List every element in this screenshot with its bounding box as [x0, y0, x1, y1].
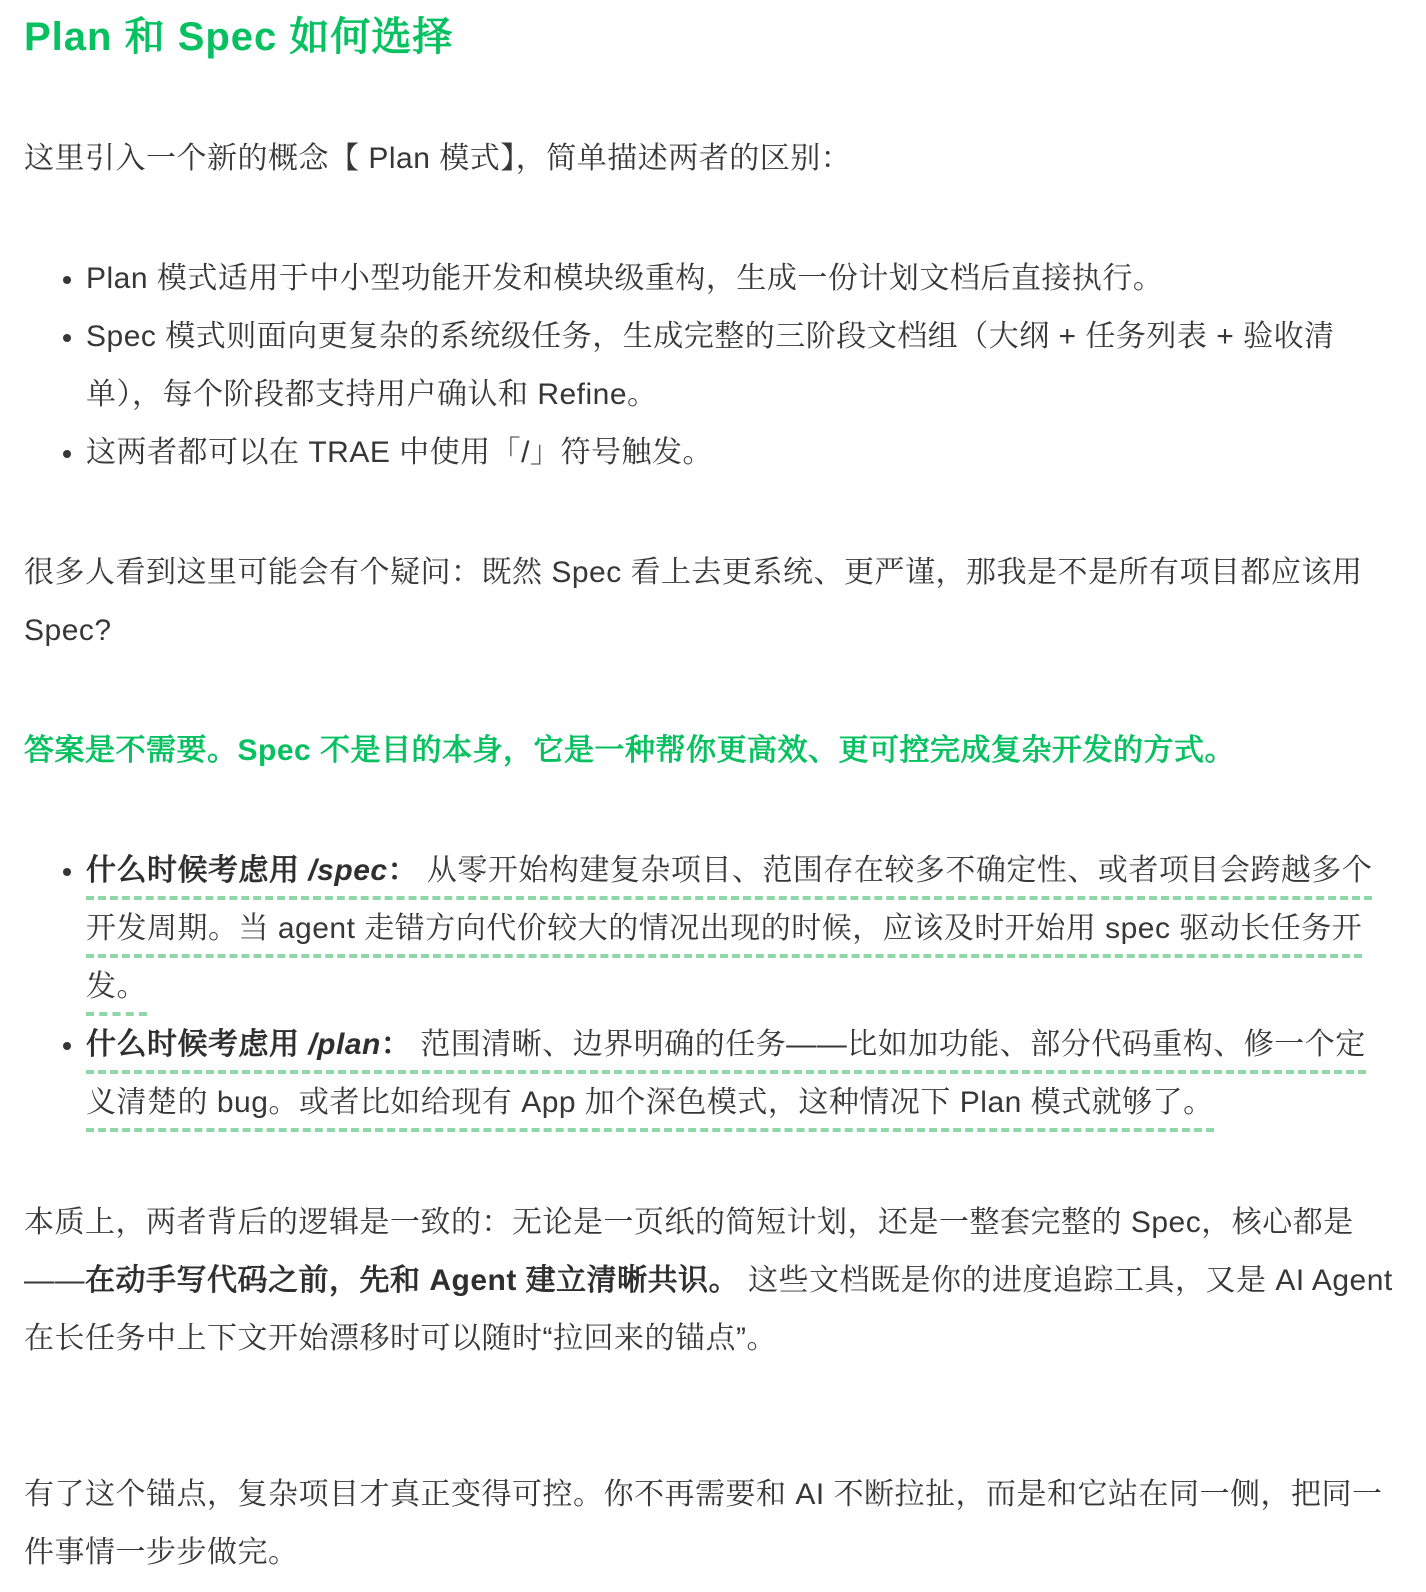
- underlined-text-plan: 什么时候考虑用 /plan： 范围清晰、边界明确的任务——比如加功能、部分代码重…: [86, 1028, 1366, 1132]
- list-item-when-spec: 什么时候考虑用 /spec： 从零开始构建复杂项目、范围存在较多不确定性、或者项…: [86, 842, 1396, 1016]
- list-item-spec-mode: Spec 模式则面向更复杂的系统级任务，生成完整的三阶段文档组（大纲 + 任务列…: [86, 308, 1396, 424]
- summary-bold-consensus: 在动手写代码之前，先和 Agent 建立清晰共识。: [85, 1264, 739, 1297]
- bold-head-plan: 什么时候考虑用 /plan：: [86, 1028, 411, 1061]
- list-item-when-plan: 什么时候考虑用 /plan： 范围清晰、边界明确的任务——比如加功能、部分代码重…: [86, 1016, 1396, 1132]
- list-item-plan-mode: Plan 模式适用于中小型功能开发和模块级重构，生成一份计划文档后直接执行。: [86, 250, 1396, 308]
- list-item-trigger: 这两者都可以在 TRAE 中使用「/」符号触发。: [86, 424, 1396, 482]
- question-paragraph: 很多人看到这里可能会有个疑问：既然 Spec 看上去更系统、更严谨，那我是不是所…: [24, 544, 1396, 660]
- summary-paragraph: 本质上，两者背后的逻辑是一致的：无论是一页纸的简短计划，还是一整套完整的 Spe…: [24, 1194, 1396, 1368]
- usage-guideline-list: 什么时候考虑用 /spec： 从零开始构建复杂项目、范围存在较多不确定性、或者项…: [24, 842, 1396, 1132]
- mode-difference-list: Plan 模式适用于中小型功能开发和模块级重构，生成一份计划文档后直接执行。 S…: [24, 250, 1396, 482]
- closing-paragraph: 有了这个锚点，复杂项目才真正变得可控。你不再需要和 AI 不断拉扯，而是和它站在…: [24, 1466, 1396, 1582]
- plan-command: /plan: [308, 1028, 381, 1061]
- page-title: Plan 和 Spec 如何选择: [24, 10, 1396, 64]
- bold-head-spec: 什么时候考虑用 /spec：: [86, 854, 418, 887]
- answer-highlight: 答案是不需要。Spec 不是目的本身，它是一种帮你更高效、更可控完成复杂开发的方…: [24, 722, 1396, 780]
- article-body: Plan 和 Spec 如何选择 这里引入一个新的概念【 Plan 模式】，简单…: [24, 10, 1396, 1582]
- underlined-text-spec: 什么时候考虑用 /spec： 从零开始构建复杂项目、范围存在较多不确定性、或者项…: [86, 854, 1372, 1016]
- spec-command: /spec: [308, 854, 387, 887]
- intro-paragraph: 这里引入一个新的概念【 Plan 模式】，简单描述两者的区别：: [24, 130, 1396, 188]
